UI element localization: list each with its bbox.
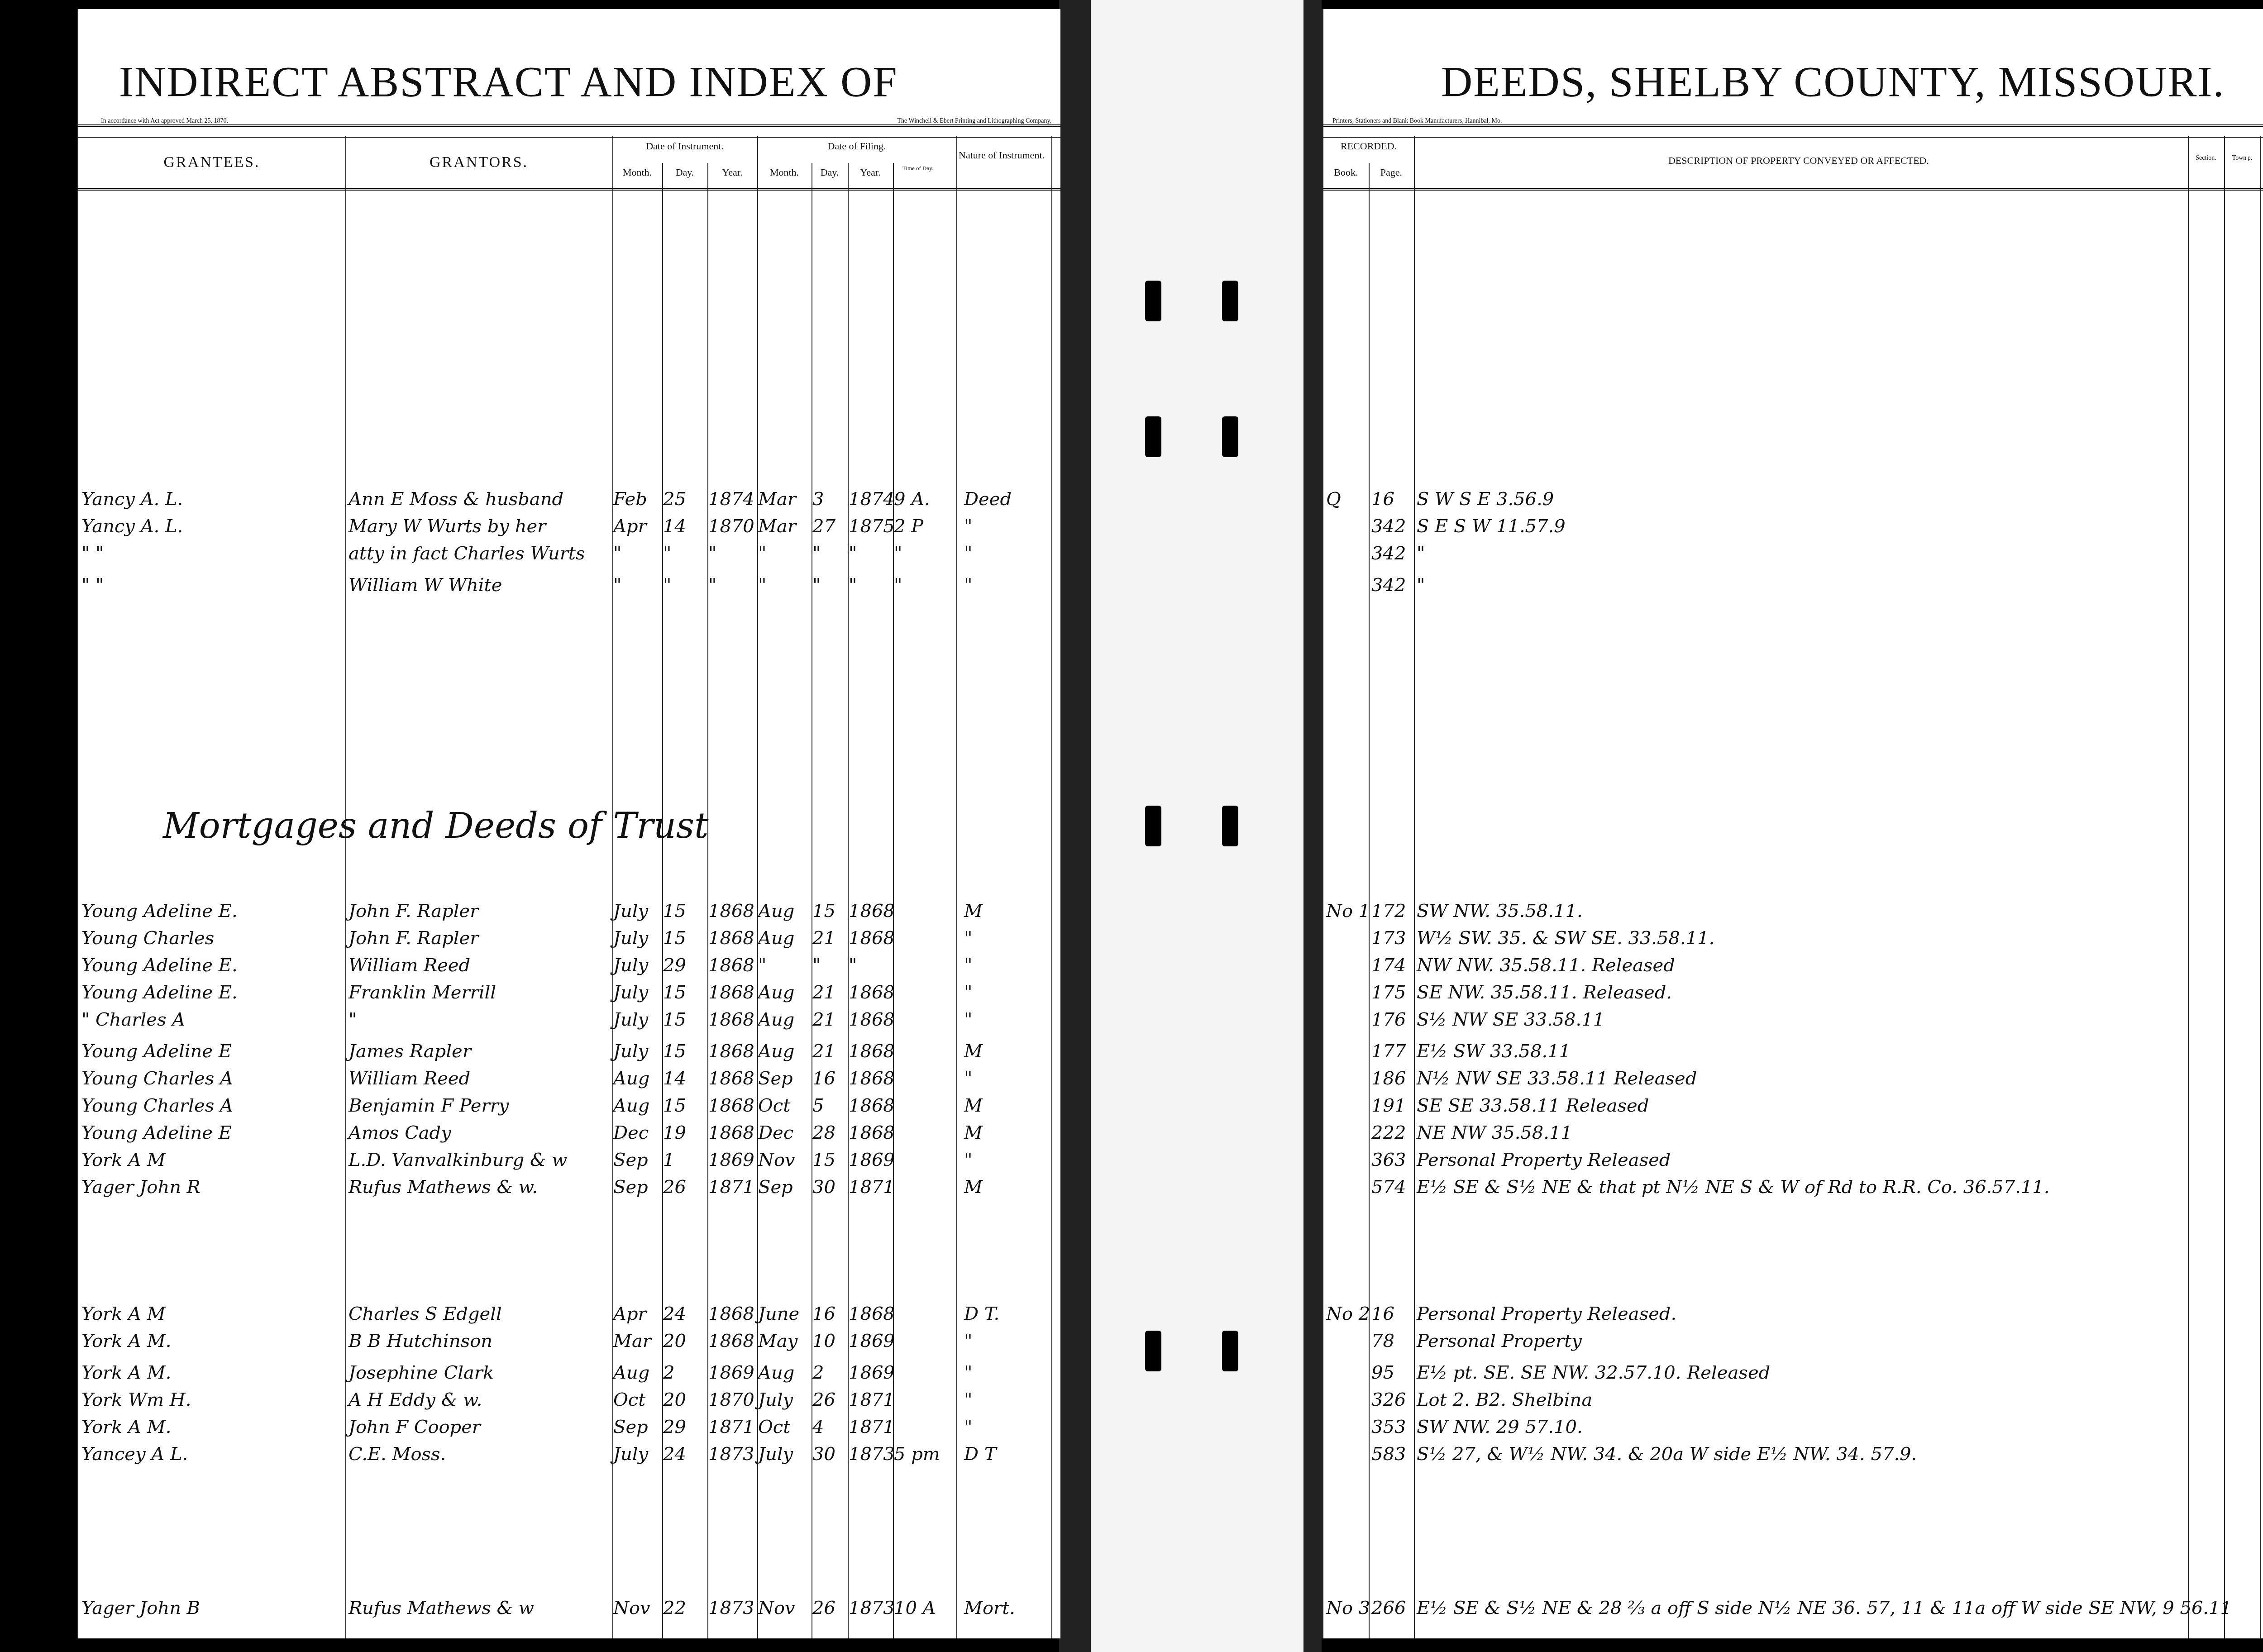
cell-nature: M	[964, 1177, 983, 1198]
cell-i_day: 15	[663, 1095, 686, 1116]
cell-f_month: "	[758, 955, 766, 976]
cell-i_day: "	[663, 575, 671, 596]
cell-desc: S E S W 11.57.9	[1417, 516, 1566, 537]
cell-grantee: Young Charles	[81, 928, 214, 949]
cell-f_year: "	[849, 543, 857, 564]
act-notice: In accordance with Act approved March 25…	[101, 118, 228, 125]
header-page: Page.	[1369, 167, 1414, 178]
cell-page: 186	[1371, 1068, 1406, 1089]
cell-desc: Personal Property Released	[1417, 1150, 1671, 1170]
cell-f_year: 1868	[849, 901, 895, 921]
cell-time: 10 A	[894, 1598, 936, 1619]
cell-i_year: 1871	[708, 1177, 754, 1198]
cell-nature: M	[964, 1095, 983, 1116]
cell-f_year: 1868	[849, 1122, 895, 1143]
cell-nature: "	[964, 1389, 972, 1410]
cell-f_month: Mar	[758, 489, 796, 510]
cell-f_day: 16	[812, 1303, 835, 1324]
cell-desc: "	[1417, 543, 1425, 564]
header-township: Town'p.	[2224, 155, 2260, 162]
cell-nature: "	[964, 516, 972, 537]
header-day: Day.	[662, 167, 707, 178]
cell-i_day: 14	[663, 1068, 686, 1089]
cell-book: No 3	[1326, 1598, 1370, 1619]
cell-book: Q	[1326, 489, 1341, 510]
cell-i_day: 20	[663, 1389, 686, 1410]
cell-page: 176	[1371, 1009, 1406, 1030]
cell-i_month: Aug	[613, 1095, 649, 1116]
column-rule	[612, 136, 613, 1638]
cell-nature: "	[964, 1362, 972, 1383]
cell-desc: NE NW 35.58.11	[1417, 1122, 1572, 1143]
cell-i_day: 1	[663, 1150, 674, 1170]
cell-page: 326	[1371, 1389, 1406, 1410]
cell-i_year: 1871	[708, 1417, 754, 1437]
cell-f_day: 10	[812, 1331, 835, 1351]
cell-f_year: 1875	[849, 516, 895, 537]
cell-i_month: July	[613, 1009, 648, 1030]
column-rule	[345, 136, 346, 1638]
cell-nature: D T.	[964, 1303, 999, 1324]
cell-f_day: 21	[812, 1041, 835, 1062]
cell-page: 342	[1371, 516, 1406, 537]
cell-i_day: "	[663, 543, 671, 564]
cell-f_day: 15	[812, 901, 835, 921]
cell-grantee: York A M	[81, 1150, 166, 1170]
cell-grantee: " "	[81, 543, 104, 564]
cell-i_day: 14	[663, 516, 686, 537]
cell-grantee: Young Adeline E.	[81, 982, 238, 1003]
cell-desc: Personal Property Released.	[1417, 1303, 1676, 1324]
cell-f_day: 28	[812, 1122, 835, 1143]
cell-desc: W½ SW. 35. & SW SE. 33.58.11.	[1417, 928, 1714, 949]
cell-i_day: 15	[663, 901, 686, 921]
cell-f_day: 16	[812, 1068, 835, 1089]
cell-nature: "	[964, 1150, 972, 1170]
cell-page: 583	[1371, 1444, 1406, 1465]
header-filing-month: Month.	[757, 167, 812, 178]
cell-f_month: Oct	[758, 1095, 790, 1116]
cell-nature: M	[964, 901, 983, 921]
cell-grantee: Young Charles A	[81, 1095, 233, 1116]
cell-i_month: Dec	[613, 1122, 649, 1143]
cell-grantor: Amos Cady	[349, 1122, 451, 1143]
cell-grantee: York A M.	[81, 1362, 171, 1383]
cell-f_day: "	[812, 543, 821, 564]
cell-i_year: 1868	[708, 928, 754, 949]
gutter-shadow-right	[1303, 0, 1322, 1652]
cell-f_month: Aug	[758, 928, 794, 949]
cell-grantor: John F Cooper	[349, 1417, 481, 1437]
cell-grantee: York A M.	[81, 1331, 171, 1351]
cell-grantee: Young Adeline E	[81, 1041, 232, 1062]
cell-f_month: Aug	[758, 982, 794, 1003]
cell-book: No 2	[1326, 1303, 1370, 1324]
cell-f_year: 1869	[849, 1331, 895, 1351]
cell-grantee: York A M.	[81, 1417, 171, 1437]
cell-i_month: Feb	[613, 489, 647, 510]
cell-page: 342	[1371, 543, 1406, 564]
cell-time: "	[894, 575, 902, 596]
cell-f_month: May	[758, 1331, 797, 1351]
cell-page: 342	[1371, 575, 1406, 596]
cell-desc: E½ SE & S½ NE & that pt N½ NE S & W of R…	[1417, 1177, 2050, 1198]
cell-nature: "	[964, 1417, 972, 1437]
cell-i_month: Aug	[613, 1068, 649, 1089]
cell-i_day: 24	[663, 1444, 686, 1465]
cell-desc: SW NW. 29 57.10.	[1417, 1417, 1583, 1437]
cell-time: 5 pm	[894, 1444, 940, 1465]
gutter-shadow-left	[1059, 0, 1091, 1652]
cell-f_month: Aug	[758, 901, 794, 921]
cell-f_month: Dec	[758, 1122, 793, 1143]
cell-i_month: Aug	[613, 1362, 649, 1383]
cell-f_year: 1868	[849, 1068, 895, 1089]
cell-i_day: 15	[663, 982, 686, 1003]
cell-f_day: 3	[812, 489, 824, 510]
cell-grantor: B B Hutchinson	[349, 1331, 492, 1351]
cell-nature: "	[964, 543, 972, 564]
cell-book: No 1	[1326, 901, 1370, 921]
column-rule	[2188, 136, 2189, 1638]
cell-i_day: 15	[663, 928, 686, 949]
cell-grantor: Ann E Moss & husband	[349, 489, 563, 510]
cell-desc: S½ 27, & W½ NW. 34. & 20a W side E½ NW. …	[1417, 1444, 1917, 1465]
header-time-of-day: Time of Day.	[893, 165, 943, 172]
cell-f_month: July	[758, 1389, 793, 1410]
cell-nature: M	[964, 1122, 983, 1143]
cell-i_month: Apr	[613, 1303, 647, 1324]
cell-grantor: C.E. Moss.	[349, 1444, 446, 1465]
cell-i_day: 22	[663, 1598, 686, 1619]
cell-f_month: "	[758, 543, 766, 564]
cell-f_day: 30	[812, 1444, 835, 1465]
binding-hole	[1222, 416, 1238, 457]
cell-grantee: Young Adeline E.	[81, 955, 238, 976]
cell-grantor: Benjamin F Perry	[349, 1095, 509, 1116]
cell-nature: "	[964, 1331, 972, 1351]
cell-desc: SE SE 33.58.11 Released	[1417, 1095, 1649, 1116]
cell-i_day: 19	[663, 1122, 686, 1143]
cell-f_month: June	[758, 1303, 799, 1324]
cell-page: 363	[1371, 1150, 1406, 1170]
cell-i_day: 15	[663, 1041, 686, 1062]
cell-grantor: atty in fact Charles Wurts	[349, 543, 585, 564]
cell-f_month: Nov	[758, 1150, 795, 1170]
cell-page: 175	[1371, 982, 1406, 1003]
printer-credit-right: Printers, Stationers and Blank Book Manu…	[1332, 118, 1502, 125]
cell-grantee: Yager John R	[81, 1177, 201, 1198]
cell-page: 574	[1371, 1177, 1406, 1198]
cell-nature: Mort.	[964, 1598, 1015, 1619]
cell-grantor: "	[349, 1009, 357, 1030]
cell-f_day: 5	[812, 1095, 824, 1116]
cell-page: 177	[1371, 1041, 1406, 1062]
cell-i_month: Oct	[613, 1389, 645, 1410]
column-rule	[1414, 136, 1415, 1638]
binding-hole	[1222, 1331, 1238, 1371]
cell-grantor: Charles S Edgell	[349, 1303, 502, 1324]
cell-i_month: "	[613, 575, 621, 596]
cell-grantor: Franklin Merrill	[349, 982, 496, 1003]
cell-f_month: July	[758, 1444, 793, 1465]
header-month: Month.	[612, 167, 662, 178]
cell-f_year: 1871	[849, 1177, 895, 1198]
cell-grantee: Yancy A. L.	[81, 516, 183, 537]
cell-grantor: Mary W Wurts by her	[349, 516, 546, 537]
binding-hole	[1145, 806, 1161, 846]
cell-page: 78	[1371, 1331, 1394, 1351]
cell-f_year: 1871	[849, 1389, 895, 1410]
binding-hole	[1145, 1331, 1161, 1371]
cell-i_day: 2	[663, 1362, 674, 1383]
cell-grantor: Rufus Mathews & w	[349, 1598, 534, 1619]
cell-i_year: 1868	[708, 1068, 754, 1089]
cell-i_year: 1868	[708, 1303, 754, 1324]
cell-f_day: 15	[812, 1150, 835, 1170]
cell-f_year: "	[849, 575, 857, 596]
cell-i_month: Sep	[613, 1177, 648, 1198]
cell-i_month: Apr	[613, 516, 647, 537]
cell-page: 266	[1371, 1598, 1406, 1619]
cell-nature: "	[964, 1068, 972, 1089]
cell-page: 16	[1371, 1303, 1394, 1324]
cell-page: 353	[1371, 1417, 1406, 1437]
cell-desc: E½ pt. SE. SE NW. 32.57.10. Released	[1417, 1362, 1770, 1383]
cell-grantor: John F. Rapler	[349, 901, 478, 921]
cell-grantee: Young Charles A	[81, 1068, 233, 1089]
cell-nature: "	[964, 1009, 972, 1030]
cell-grantee: Yancy A. L.	[81, 489, 183, 510]
cell-i_year: 1868	[708, 955, 754, 976]
cell-f_day: "	[812, 575, 821, 596]
cell-f_day: 27	[812, 516, 835, 537]
cell-f_day: 21	[812, 1009, 835, 1030]
header-book: Book.	[1323, 167, 1369, 178]
cell-desc: S W S E 3.56.9	[1417, 489, 1554, 510]
header-date-instrument: Date of Instrument.	[612, 140, 757, 152]
cell-grantor: L.D. Vanvalkinburg & w	[349, 1150, 568, 1170]
binding-hole	[1145, 281, 1161, 321]
cell-i_day: 24	[663, 1303, 686, 1324]
cell-i_month: July	[613, 1444, 648, 1465]
cell-desc: Lot 2. B2. Shelbina	[1417, 1389, 1592, 1410]
cell-i_day: 15	[663, 1009, 686, 1030]
cell-i_day: 26	[663, 1177, 686, 1198]
header-nature: Nature of Instrument.	[956, 149, 1047, 161]
cell-i_month: Sep	[613, 1150, 648, 1170]
binding-hole	[1222, 281, 1238, 321]
cell-i_day: 29	[663, 955, 686, 976]
cell-f_day: 30	[812, 1177, 835, 1198]
cell-f_year: 1868	[849, 928, 895, 949]
cell-i_year: 1868	[708, 901, 754, 921]
cell-f_year: 1868	[849, 1041, 895, 1062]
cell-i_year: 1873	[708, 1444, 754, 1465]
cell-desc: "	[1417, 575, 1425, 596]
header-grantees: GRANTEES.	[78, 154, 345, 171]
printer-credit: The Winchell & Ebert Printing and Lithog…	[898, 118, 1051, 125]
column-rule	[757, 136, 758, 1638]
cell-grantor: A H Eddy & w.	[349, 1389, 482, 1410]
cell-i_month: Sep	[613, 1417, 648, 1437]
cell-page: 173	[1371, 928, 1406, 949]
cell-grantor: John F. Rapler	[349, 928, 478, 949]
cell-f_month: Mar	[758, 516, 796, 537]
header-grantors: GRANTORS.	[345, 154, 612, 171]
cell-f_month: Aug	[758, 1362, 794, 1383]
cell-grantee: Yancey A L.	[81, 1444, 188, 1465]
cell-time: "	[894, 543, 902, 564]
column-rule	[956, 136, 957, 1638]
cell-grantee: York A M	[81, 1303, 166, 1324]
cell-grantor: James Rapler	[349, 1041, 471, 1062]
cell-f_day: 26	[812, 1598, 835, 1619]
cell-i_year: 1868	[708, 982, 754, 1003]
cell-desc: SW NW. 35.58.11.	[1417, 901, 1583, 921]
cell-grantor: Josephine Clark	[349, 1362, 494, 1383]
cell-i_year: 1868	[708, 1009, 754, 1030]
cell-f_month: Nov	[758, 1598, 795, 1619]
cell-desc: E½ SW 33.58.11	[1417, 1041, 1571, 1062]
cell-i_year: 1869	[708, 1362, 754, 1383]
header-filing-year: Year.	[848, 167, 893, 178]
cell-i_year: 1868	[708, 1331, 754, 1351]
cell-nature: "	[964, 575, 972, 596]
cell-i_month: Mar	[613, 1331, 651, 1351]
cell-grantee: Young Adeline E	[81, 1122, 232, 1143]
cell-i_month: July	[613, 955, 648, 976]
cell-f_year: 1871	[849, 1417, 895, 1437]
cell-i_month: July	[613, 928, 648, 949]
cell-f_year: 1869	[849, 1150, 895, 1170]
cell-i_year: "	[708, 575, 716, 596]
cell-i_year: "	[708, 543, 716, 564]
cell-f_day: 26	[812, 1389, 835, 1410]
cell-i_month: Nov	[613, 1598, 650, 1619]
cell-i_month: July	[613, 1041, 648, 1062]
header-filing-day: Day.	[812, 167, 848, 178]
cell-time: 2 P	[894, 516, 923, 537]
header-date-filing: Date of Filing.	[757, 140, 956, 152]
cell-desc: NW NW. 35.58.11. Released	[1417, 955, 1675, 976]
cell-grantor: Rufus Mathews & w.	[349, 1177, 538, 1198]
cell-grantor: William W White	[349, 575, 502, 596]
column-rule	[1051, 136, 1052, 1638]
right-page-title: DEEDS, SHELBY COUNTY, MISSOURI.	[1441, 57, 2225, 107]
header-recorded: RECORDED.	[1323, 140, 1414, 152]
cell-i_year: 1870	[708, 516, 754, 537]
cell-i_year: 1874	[708, 489, 754, 510]
cell-f_day: 2	[812, 1362, 824, 1383]
cell-i_year: 1869	[708, 1150, 754, 1170]
cell-f_year: 1868	[849, 1009, 895, 1030]
cell-desc: S½ NW SE 33.58.11	[1417, 1009, 1604, 1030]
binding-hole	[1145, 416, 1161, 457]
column-rule	[2260, 136, 2261, 1638]
cell-i_month: "	[613, 543, 621, 564]
cell-nature: M	[964, 1041, 983, 1062]
cell-time: 9 A.	[894, 489, 930, 510]
column-rule	[2224, 136, 2225, 1638]
binding-hole	[1222, 806, 1238, 846]
cell-page: 174	[1371, 955, 1406, 976]
cell-page: 191	[1371, 1095, 1406, 1116]
column-header-row: GRANTEES. GRANTORS. Date of Instrument. …	[78, 136, 1060, 191]
cell-f_year: 1868	[849, 1095, 895, 1116]
cell-nature: "	[964, 928, 972, 949]
cell-nature: Deed	[964, 489, 1012, 510]
cell-i_day: 29	[663, 1417, 686, 1437]
cell-i_day: 25	[663, 489, 686, 510]
cell-grantee: York Wm H.	[81, 1389, 191, 1410]
cell-nature: "	[964, 982, 972, 1003]
cell-page: 16	[1371, 489, 1394, 510]
cell-nature: "	[964, 955, 972, 976]
cell-f_year: 1874	[849, 489, 895, 510]
cell-f_month: "	[758, 575, 766, 596]
cell-grantee: Young Adeline E.	[81, 901, 238, 921]
book-gutter	[1086, 0, 1313, 1652]
cell-f_month: Aug	[758, 1041, 794, 1062]
cell-nature: D T	[964, 1444, 996, 1465]
cell-i_year: 1868	[708, 1095, 754, 1116]
cell-grantee: " "	[81, 575, 104, 596]
cell-f_day: 4	[812, 1417, 824, 1437]
cell-page: 172	[1371, 901, 1406, 921]
cell-f_year: "	[849, 955, 857, 976]
header-year: Year.	[707, 167, 757, 178]
cell-i_year: 1873	[708, 1598, 754, 1619]
cell-desc: E½ SE & S½ NE & 28 ⅔ a off S side N½ NE …	[1417, 1598, 2232, 1619]
cell-f_month: Sep	[758, 1068, 793, 1089]
cell-f_day: "	[812, 955, 821, 976]
cell-f_day: 21	[812, 982, 835, 1003]
header-description: DESCRIPTION OF PROPERTY CONVEYED OR AFFE…	[1414, 155, 2183, 167]
cell-grantor: William Reed	[349, 1068, 470, 1089]
cell-i_month: July	[613, 901, 648, 921]
header-section: Section.	[2188, 155, 2224, 162]
cell-desc: Personal Property	[1417, 1331, 1582, 1351]
cell-i_year: 1870	[708, 1389, 754, 1410]
cell-f_month: Sep	[758, 1177, 793, 1198]
left-page-title: INDIRECT ABSTRACT AND INDEX OF	[119, 57, 898, 107]
cell-i_day: 20	[663, 1331, 686, 1351]
column-header-row: RECORDED. Book. Page. DESCRIPTION OF PRO…	[1323, 136, 2263, 191]
cell-page: 222	[1371, 1122, 1406, 1143]
cell-f_year: 1868	[849, 1303, 895, 1324]
cell-grantee: Yager John B	[81, 1598, 200, 1619]
cell-f_month: Aug	[758, 1009, 794, 1030]
cell-grantee: " Charles A	[81, 1009, 185, 1030]
cell-desc: N½ NW SE 33.58.11 Released	[1417, 1068, 1697, 1089]
cell-f_day: 21	[812, 928, 835, 949]
cell-grantor: William Reed	[349, 955, 470, 976]
cell-i_year: 1868	[708, 1041, 754, 1062]
cell-f_year: 1873	[849, 1598, 895, 1619]
cell-desc: SE NW. 35.58.11. Released.	[1417, 982, 1672, 1003]
cell-f_year: 1869	[849, 1362, 895, 1383]
cell-f_year: 1868	[849, 982, 895, 1003]
mortgages-section-heading: Mortgages and Deeds of Trust	[163, 806, 708, 846]
cell-f_month: Oct	[758, 1417, 790, 1437]
cell-i_year: 1868	[708, 1122, 754, 1143]
cell-i_month: July	[613, 982, 648, 1003]
cell-f_year: 1873	[849, 1444, 895, 1465]
cell-page: 95	[1371, 1362, 1394, 1383]
